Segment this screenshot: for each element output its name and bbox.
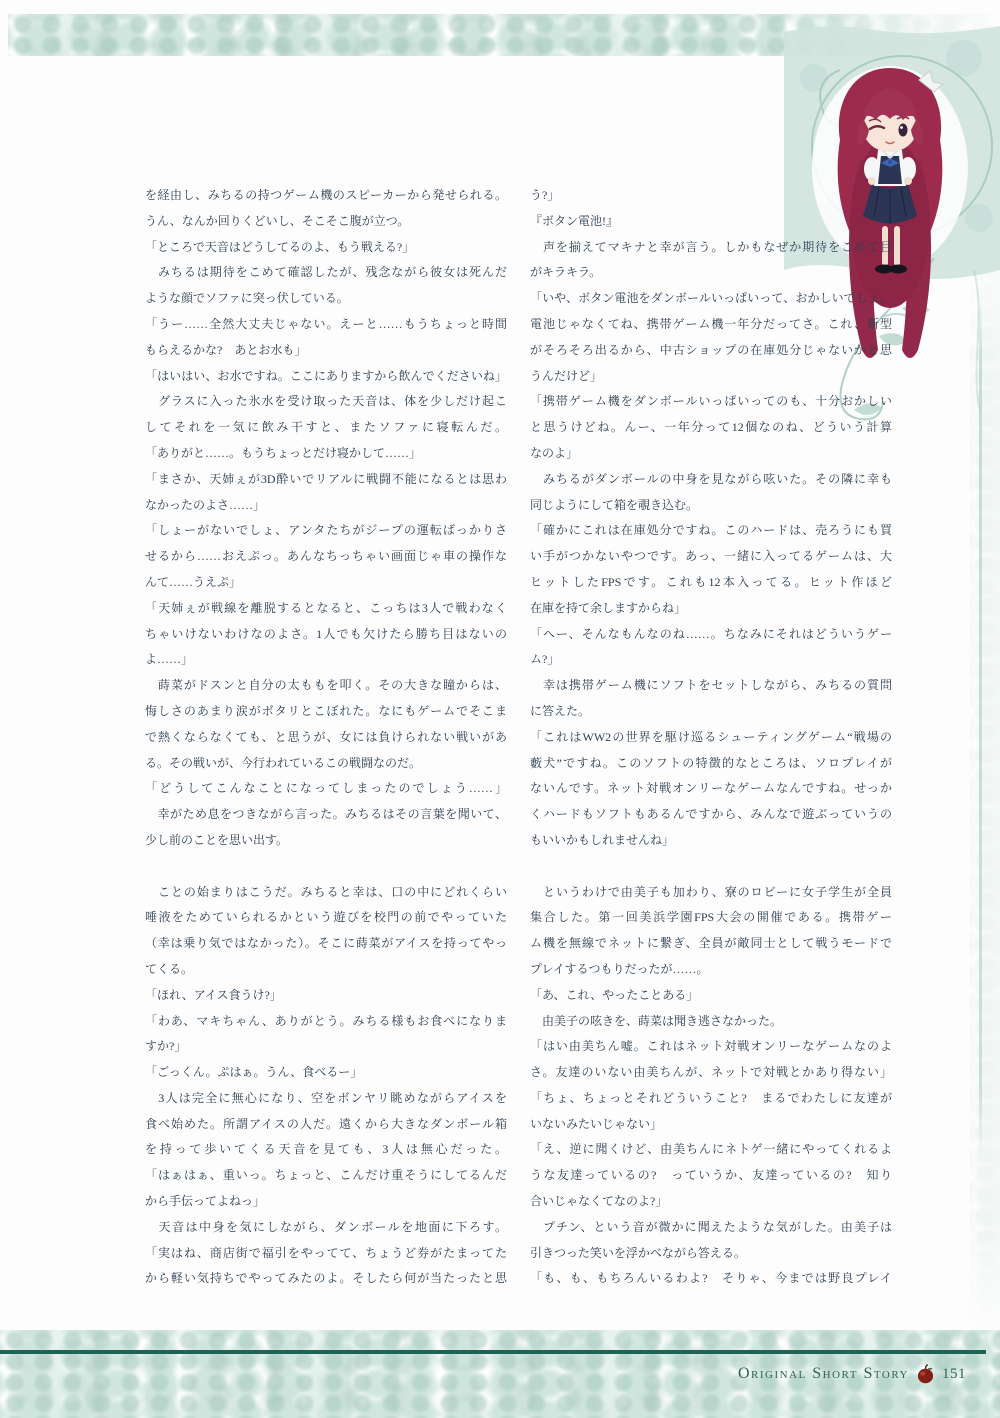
footer-series-title: Original Short Story: [738, 1365, 909, 1383]
text-line: と思うけどね。んー、一年分って12個なのね、どういう計算: [530, 415, 892, 441]
text-line: 「ほれ、アイス食うけ?」: [145, 983, 507, 1009]
text-line: う?」: [530, 183, 892, 209]
text-line: 「うー……全然大丈夫じゃない。えーと……もうちょっと時間: [145, 312, 507, 338]
text-line: を経由し、みちるの持つゲーム機のスピーカーから発せられる。: [145, 183, 507, 209]
text-line: 在庫を持て余しますからね」: [530, 596, 892, 622]
text-line: てくる。: [145, 957, 507, 983]
text-line: 合いじゃなくてなのよ?」: [530, 1189, 892, 1215]
text-line: みちるは期待をこめて確認したが、残念ながら彼女は死んだ: [145, 260, 507, 286]
text-line: 少し前のことを思い出す。: [145, 828, 507, 854]
text-line: 「実はね、商店街で福引をやってて、ちょうど券がたまってた: [145, 1241, 507, 1267]
text-line: 引きつった笑いを浮かべながら答える。: [530, 1241, 892, 1267]
text-line: 由美子の呟きを、蒔菜は聞き逃さなかった。: [530, 1009, 892, 1035]
text-line: ちゃいけないわけなのよさ。1人でも欠けたら勝ち目はないの: [145, 622, 507, 648]
text-line: から軽い気持ちでやってみたのよ。そしたら何が当たったと思: [145, 1266, 507, 1292]
text-line: [145, 854, 507, 880]
text-line: すか?」: [145, 1034, 507, 1060]
text-line: 同じようにして箱を覗き込む。: [530, 493, 892, 519]
right-edge-texture: [970, 240, 1000, 1335]
page-footer: Original Short Story 151: [738, 1362, 966, 1386]
book-page: を経由し、みちるの持つゲーム機のスピーカーから発せられる。うん、なんか回りくどい…: [0, 0, 1000, 1418]
text-line: してそれを一気に飲み干すと、またソファに寝転んだ。: [145, 415, 507, 441]
text-line: 集合した。第一回美浜学園FPS大会の開催である。携帯ゲー: [530, 905, 892, 931]
text-line: ことの始まりはこうだ。みちると幸は、口の中にどれくらい: [145, 880, 507, 906]
text-line: よ……」: [145, 647, 507, 673]
text-line: 「はいはい、お水ですね。ここにありますから飲んでくださいね」: [145, 364, 507, 390]
text-line: 天音は中身を気にしながら、ダンボールを地面に下ろす。: [145, 1215, 507, 1241]
text-line: 3人は完全に無心になり、空をボンヤリ眺めながらアイスを: [145, 1086, 507, 1112]
text-line: 「ごっくん。ぷはぁ。うん、食べるー」: [145, 1060, 507, 1086]
right-edge-line: [979, 295, 982, 1155]
text-line: 「天姉ぇが戦線を離脱するとなると、こっちは3人で戦わなく: [145, 596, 507, 622]
text-line: 「どうしてこんなことになってしまったのでしょう……」: [145, 776, 507, 802]
text-line: 悔しさのあまり涙がボタリとこぼれた。なにもゲームでそこま: [145, 699, 507, 725]
text-line: うん、なんか回りくどいし、そこそこ腹が立つ。: [145, 209, 507, 235]
text-line: 『ボタン電池!』: [530, 209, 892, 235]
text-column-right: う?」『ボタン電池!』 声を揃えてマキナと幸が言う。しかもなぜか期待をこめて目が…: [530, 183, 892, 1292]
text-line: いないみたいじゃない」: [530, 1112, 892, 1138]
text-line: 蒔菜がドスンと自分の太ももを叩く。その大きな瞳からは、: [145, 673, 507, 699]
hair-ribbon-icon: [919, 71, 943, 92]
text-line: がそろそろ出るから、中古ショップの在庫処分じゃないかと思: [530, 338, 892, 364]
text-line: せるから……おえぷっ。あんなちっちゃい画面じゃ車の操作な: [145, 544, 507, 570]
text-line: ような顔でソファに突っ伏している。: [145, 286, 507, 312]
text-line: 電池じゃなくてね、携帯ゲーム機一年分だってさ。これ、新型: [530, 312, 892, 338]
text-line: ないんです。ネット対戦オンリーなゲームなんですね。せっか: [530, 776, 892, 802]
text-line: さ。友達のいない由美ちんが、ネットで対戦とかあり得ない」: [530, 1060, 892, 1086]
text-line: [530, 854, 892, 880]
text-line: 「携帯ゲーム機をダンボールいっぱいってのも、十分おかしい: [530, 389, 892, 415]
text-line: 声を揃えてマキナと幸が言う。しかもなぜか期待をこめて目: [530, 235, 892, 261]
apple-icon: [916, 1364, 935, 1384]
text-line: ヒットしたFPSです。これも12本入ってる。ヒット作ほど: [530, 570, 892, 596]
text-line: 「ところで天音はどうしてるのよ、もう戦える?」: [145, 235, 507, 261]
text-line: ム機を無線でネットに繋ぎ、全員が敵同士として戦うモードで: [530, 931, 892, 957]
text-line: 「ちょ、ちょっとそれどういうこと? まるでわたしに友達が: [530, 1086, 892, 1112]
text-line: に答えた。: [530, 699, 892, 725]
text-line: プチン、という音が微かに聞えたような気がした。由美子は: [530, 1215, 892, 1241]
text-line: もらえるかな? あとお水も」: [145, 338, 507, 364]
text-line: 「これはWW2の世界を駆け巡るシューティングゲーム“戦場の: [530, 725, 892, 751]
top-decorative-band: [8, 14, 1000, 56]
text-line: 幸がため息をつきながら言った。みちるはその言葉を聞いて、: [145, 802, 507, 828]
text-line: なのよ」: [530, 441, 892, 467]
text-line: みちるがダンボールの中身を見ながら呟いた。その隣に幸も: [530, 467, 892, 493]
text-line: 「え、逆に聞くけど、由美ちんにネトゲ一緒にやってくれるよ: [530, 1137, 892, 1163]
text-line: 唾液をためていられるかという遊びを校門の前でやっていた: [145, 905, 507, 931]
text-line: グラスに入った氷水を受け取った天音は、体を少しだけ起こ: [145, 389, 507, 415]
story-text: を経由し、みちるの持つゲーム機のスピーカーから発せられる。うん、なんか回りくどい…: [145, 183, 892, 1292]
page-number: 151: [942, 1366, 966, 1383]
text-line: い手がつかないやつです。あっ、一緒に入ってるゲームは、大: [530, 544, 892, 570]
text-line: 「いや、ボタン電池をダンボールいっぱいって、おかしいでしょ。: [530, 286, 892, 312]
text-line: 「しょーがないでしょ、アンタたちがジープの運転ばっかりさ: [145, 518, 507, 544]
text-line: んて……うえぷ」: [145, 570, 507, 596]
text-line: る。その戦いが、今行われているこの戦闘なのだ。: [145, 751, 507, 777]
text-line: 「ありがと……。もうちょっとだけ寝かして……」: [145, 441, 507, 467]
text-line: くハードもソフトもあるんですから、みんなで遊ぶっていうの: [530, 802, 892, 828]
text-line: 幸は携帯ゲーム機にソフトをセットしながら、みちるの質問: [530, 673, 892, 699]
text-line: うな友達っているの? っていうか、友達っているの? 知り: [530, 1163, 892, 1189]
text-line: うんだけど」: [530, 364, 892, 390]
text-line: （幸は乗り気ではなかった）。そこに蒔菜がアイスを持ってやっ: [145, 931, 507, 957]
text-line: 「わあ、マキちゃん、ありがとう。みちる様もお食べになりま: [145, 1009, 507, 1035]
text-line: プレイするつもりだったが……。: [530, 957, 892, 983]
footer-rule: [0, 1350, 986, 1354]
text-line: 「まさか、天姉ぇが3D酔いでリアルに戦闘不能になるとは思わ: [145, 467, 507, 493]
text-line: を持って歩いてくる天音を見ても、3人は無心だった。: [145, 1137, 507, 1163]
text-line: 「はい由美ちん嘘。これはネット対戦オンリーなゲームなのよ: [530, 1034, 892, 1060]
text-line: 「も、も、もちろんいるわよ? そりゃ、今までは野良プレイ: [530, 1266, 892, 1292]
text-line: がキラキラ。: [530, 260, 892, 286]
text-line: 「ヘー、そんなもんなのね……。ちなみにそれはどういうゲー: [530, 622, 892, 648]
text-line: 「はぁはぁ、重いっ。ちょっと、こんだけ重そうにしてるんだ: [145, 1163, 507, 1189]
text-line: なかったのよさ……」: [145, 493, 507, 519]
text-line: 「確かにこれは在庫処分ですね。このハードは、売ろうにも買: [530, 518, 892, 544]
text-line: ム?」: [530, 647, 892, 673]
text-line: 「あ、これ、やったことある」: [530, 983, 892, 1009]
text-column-left: を経由し、みちるの持つゲーム機のスピーカーから発せられる。うん、なんか回りくどい…: [145, 183, 507, 1292]
text-line: もいいかもしれませんね」: [530, 828, 892, 854]
text-line: で熱くならなくても、と思うが、女には負けられない戦いがあ: [145, 725, 507, 751]
text-line: から手伝ってよねっ」: [145, 1189, 507, 1215]
text-line: というわけで由美子も加わり、寮のロビーに女子学生が全員: [530, 880, 892, 906]
text-line: 食べ始めた。所謂アイスの人だ。遠くから大きなダンボール箱: [145, 1112, 507, 1138]
text-line: 藪犬”ですね。このソフトの特徴的なところは、ソロプレイが: [530, 751, 892, 777]
bottom-decorative-band: Original Short Story 151: [0, 1330, 1000, 1418]
